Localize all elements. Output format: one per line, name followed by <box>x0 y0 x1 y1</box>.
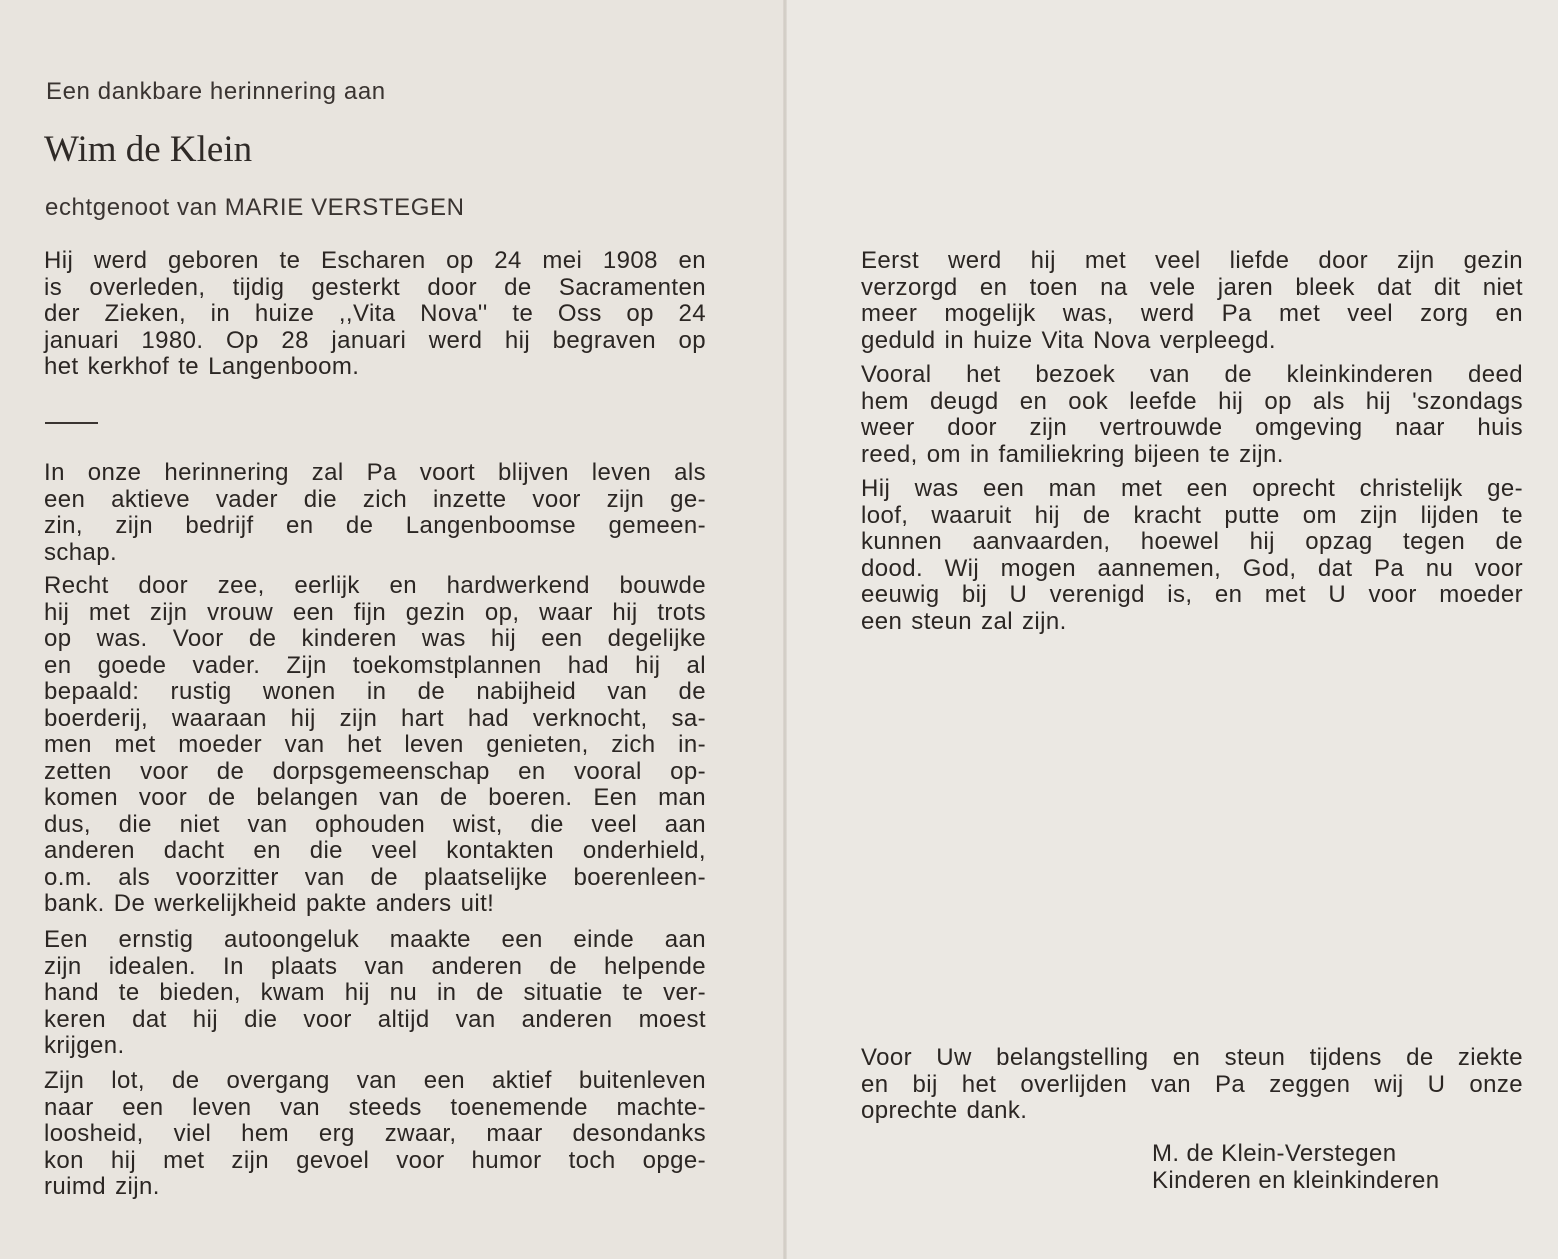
text-line: een steun zal zijn. <box>861 609 1523 636</box>
signature-line-widow: M. de Klein-Verstegen <box>1152 1140 1440 1167</box>
text-line: kunnen aanvaarden, hoewel hij opzag tege… <box>861 529 1523 556</box>
text-line: zijn idealen. In plaats van anderen de h… <box>44 954 706 981</box>
text-line: hij met zijn vrouw een fijn gezin op, wa… <box>44 600 706 627</box>
text-line: dus, die niet van ophouden wist, die vee… <box>44 812 706 839</box>
spouse-line: echtgenoot van MARIE VERSTEGEN <box>45 194 465 222</box>
visits-paragraph: Vooral het bezoek van de kleinkinderen d… <box>861 362 1523 468</box>
text-line: Recht door zee, eerlijk en hardwerkend b… <box>44 573 706 600</box>
text-line: bepaald: rustig wonen in de nabijheid va… <box>44 679 706 706</box>
text-line: Vooral het bezoek van de kleinkinderen d… <box>861 362 1523 389</box>
text-line: Hij was een man met een oprecht christel… <box>861 476 1523 503</box>
text-line: boerderij, waaraan hij zijn hart had ver… <box>44 706 706 733</box>
character-paragraph: Recht door zee, eerlijk en hardwerkend b… <box>44 573 706 918</box>
text-line: is overleden, tijdig gesterkt door de Sa… <box>44 275 706 302</box>
text-line: komen voor de belangen van de boeren. Ee… <box>44 785 706 812</box>
text-line: der Zieken, in huize ,,Vita Nova'' te Os… <box>44 301 706 328</box>
faith-paragraph: Hij was een man met een oprecht christel… <box>861 476 1523 635</box>
signature-line-family: Kinderen en kleinkinderen <box>1152 1167 1440 1194</box>
intro-line: Een dankbare herinnering aan <box>46 78 386 106</box>
text-line: loof, waaruit hij de kracht putte om zij… <box>861 503 1523 530</box>
text-line: dood. Wij mogen aannemen, God, dat Pa nu… <box>861 556 1523 583</box>
text-line: Een ernstig autoongeluk maakte een einde… <box>44 927 706 954</box>
text-line: hand te bieden, kwam hij nu in de situat… <box>44 980 706 1007</box>
text-line: reed, om in familiekring bijeen te zijn. <box>861 442 1523 469</box>
text-line: zetten voor de dorpsgemeenschap en voora… <box>44 759 706 786</box>
care-paragraph: Eerst werd hij met veel liefde door zijn… <box>861 248 1523 354</box>
birth-death-paragraph: Hij werd geboren te Escharen op 24 mei 1… <box>44 248 706 381</box>
text-line: zin, zijn bedrijf en de Langenboomse gem… <box>44 513 706 540</box>
text-line: en goede vader. Zijn toekomstplannen had… <box>44 653 706 680</box>
signature: M. de Klein-Verstegen Kinderen en kleink… <box>1152 1140 1440 1194</box>
text-line: loosheid, viel hem erg zwaar, maar deson… <box>44 1121 706 1148</box>
text-line: oprechte dank. <box>861 1098 1523 1125</box>
text-line: geduld in huize Vita Nova verpleegd. <box>861 328 1523 355</box>
text-line: Voor Uw belangstelling en steun tijdens … <box>861 1045 1523 1072</box>
text-line: Eerst werd hij met veel liefde door zijn… <box>861 248 1523 275</box>
text-line: In onze herinnering zal Pa voort blijven… <box>44 460 706 487</box>
text-line: Hij werd geboren te Escharen op 24 mei 1… <box>44 248 706 275</box>
text-line: een aktieve vader die zich inzette voor … <box>44 487 706 514</box>
text-line: kon hij met zijn gevoel voor humor toch … <box>44 1148 706 1175</box>
text-line: ruimd zijn. <box>44 1174 706 1201</box>
text-line: en bij het overlijden van Pa zeggen wij … <box>861 1072 1523 1099</box>
divider <box>45 422 98 424</box>
text-line: weer door zijn vertrouwde omgeving naar … <box>861 415 1523 442</box>
text-line: keren dat hij die voor altijd van andere… <box>44 1007 706 1034</box>
text-line: meer mogelijk was, werd Pa met veel zorg… <box>861 301 1523 328</box>
text-line: schap. <box>44 540 706 567</box>
thanks-paragraph: Voor Uw belangstelling en steun tijdens … <box>861 1045 1523 1125</box>
text-line: Zijn lot, de overgang van een aktief bui… <box>44 1068 706 1095</box>
text-line: krijgen. <box>44 1033 706 1060</box>
text-line: verzorgd en toen na vele jaren bleek dat… <box>861 275 1523 302</box>
text-line: naar een leven van steeds toenemende mac… <box>44 1095 706 1122</box>
text-line: januari 1980. Op 28 januari werd hij beg… <box>44 328 706 355</box>
fate-paragraph: Zijn lot, de overgang van een aktief bui… <box>44 1068 706 1201</box>
deceased-name: Wim de Klein <box>44 128 252 171</box>
text-line: eeuwig bij U verenigd is, en met U voor … <box>861 582 1523 609</box>
text-line: bank. De werkelijkheid pakte anders uit! <box>44 891 706 918</box>
text-line: op was. Voor de kinderen was hij een deg… <box>44 626 706 653</box>
text-line: anderen dacht en die veel kontakten onde… <box>44 838 706 865</box>
text-line: hem deugd en ook leefde hij op als hij '… <box>861 389 1523 416</box>
text-line: o.m. als voorzitter van de plaatselijke … <box>44 865 706 892</box>
card-fold <box>783 0 787 1259</box>
text-line: het kerkhof te Langenboom. <box>44 354 706 381</box>
accident-paragraph: Een ernstig autoongeluk maakte een einde… <box>44 927 706 1060</box>
memory-paragraph: In onze herinnering zal Pa voort blijven… <box>44 460 706 566</box>
text-line: men met moeder van het leven genieten, z… <box>44 732 706 759</box>
